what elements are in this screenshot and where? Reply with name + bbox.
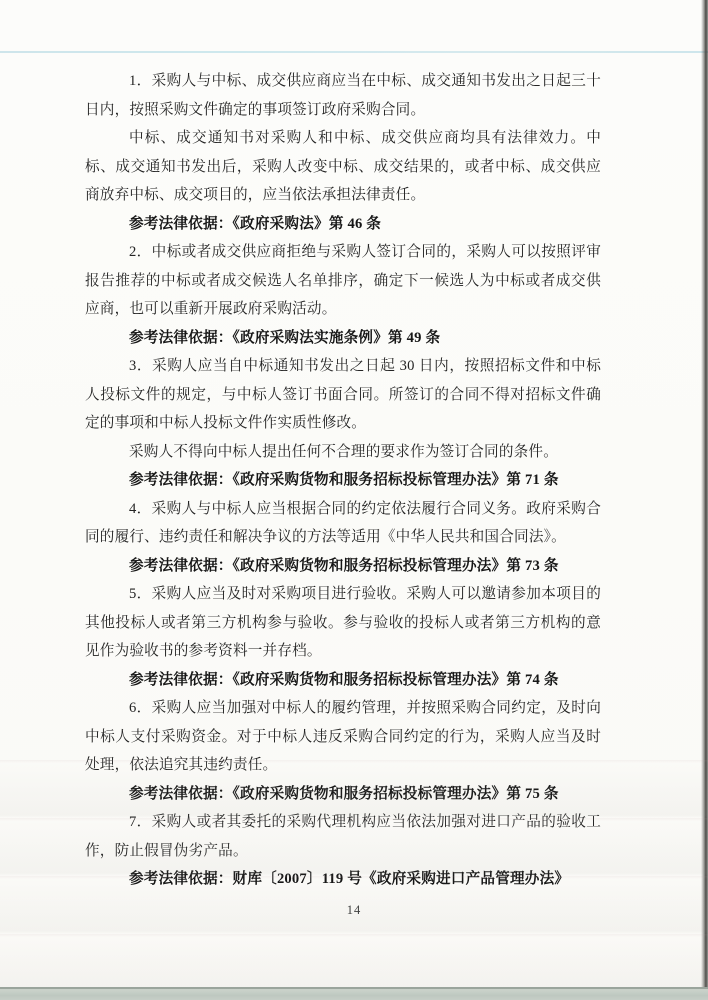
clause-3-paragraph-2: 采购人不得向中标人提出任何不合理的要求作为签订合同的条件。 xyxy=(85,438,601,467)
clause-1-paragraph: 1．采购人与中标、成交供应商应当在中标、成交通知书发出之日起三十日内，按照采购文… xyxy=(85,67,601,124)
scan-edge-right-shadow xyxy=(701,0,708,990)
legal-reference-caiku-119: 参考法律依据：财库〔2007〕119 号《政府采购进口产品管理办法》 xyxy=(85,865,601,894)
scan-edge-bottom-strip xyxy=(0,987,708,1000)
clause-4-paragraph: 4．采购人与中标人应当根据合同的约定依法履行合同义务。政府采购合同的履行、违约责… xyxy=(85,495,601,552)
legal-reference-art-75: 参考法律依据：《政府采购货物和服务招标投标管理办法》第 75 条 xyxy=(85,780,601,809)
legal-reference-art-71: 参考法律依据：《政府采购货物和服务招标投标管理办法》第 71 条 xyxy=(85,466,601,495)
clause-7-paragraph: 7．采购人或者其委托的采购代理机构应当依法加强对进口产品的验收工作，防止假冒伪劣… xyxy=(85,808,601,865)
clause-2-paragraph: 2．中标或者成交供应商拒绝与采购人签订合同的，采购人可以按照评审报告推荐的中标或… xyxy=(85,238,601,324)
scanned-document-page: 1．采购人与中标、成交供应商应当在中标、成交通知书发出之日起三十日内，按照采购文… xyxy=(0,0,708,1000)
clause-5-paragraph: 5．采购人应当及时对采购项目进行验收。采购人可以邀请参加本项目的其他投标人或者第… xyxy=(85,580,601,666)
page-number: 14 xyxy=(0,903,708,918)
legal-reference-art-74: 参考法律依据：《政府采购货物和服务招标投标管理办法》第 74 条 xyxy=(85,666,601,695)
legal-reference-art-73: 参考法律依据：《政府采购货物和服务招标投标管理办法》第 73 条 xyxy=(85,552,601,581)
clause-3-paragraph: 3．采购人应当自中标通知书发出之日起 30 日内，按照招标文件和中标人投标文件的… xyxy=(85,352,601,438)
legal-reference-art-46: 参考法律依据：《政府采购法》第 46 条 xyxy=(85,210,601,239)
scan-artifact-blue-line xyxy=(0,51,708,53)
clause-1-paragraph-2: 中标、成交通知书对采购人和中标、成交供应商均具有法律效力。中标、成交通知书发出后… xyxy=(85,124,601,210)
document-body: 1．采购人与中标、成交供应商应当在中标、成交通知书发出之日起三十日内，按照采购文… xyxy=(85,67,601,894)
clause-6-paragraph: 6．采购人应当加强对中标人的履约管理，并按照采购合同约定，及时向中标人支付采购资… xyxy=(85,694,601,780)
legal-reference-art-49: 参考法律依据：《政府采购法实施条例》第 49 条 xyxy=(85,324,601,353)
